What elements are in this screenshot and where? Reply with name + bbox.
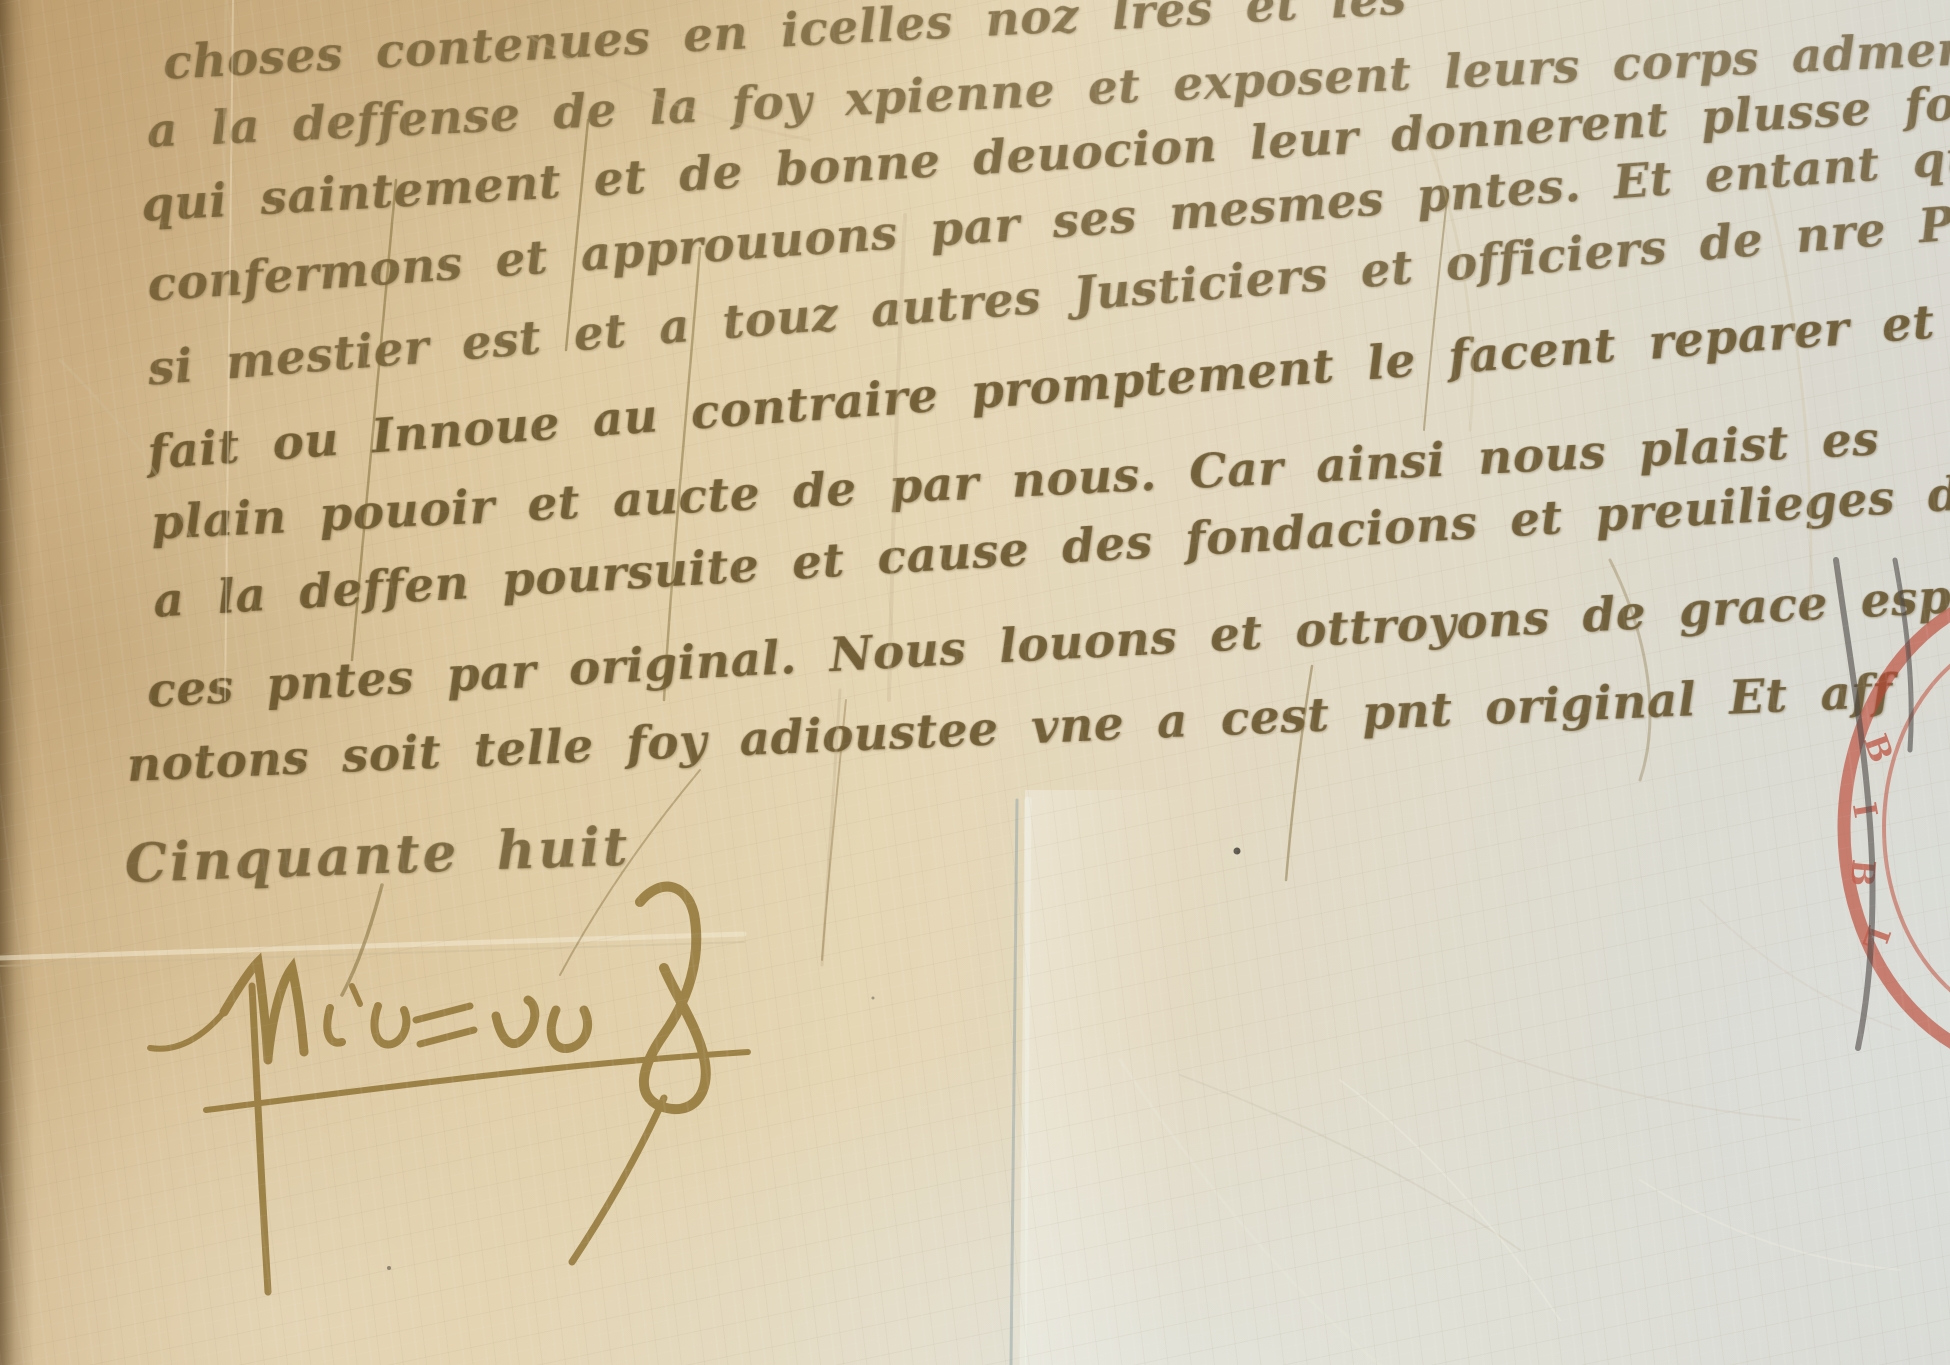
hairline-flourish [1610, 560, 1650, 780]
signature-stroke [420, 1030, 474, 1044]
signature-stroke [496, 1000, 535, 1044]
signature-stroke [150, 1012, 224, 1049]
signature-paraph [572, 1098, 664, 1262]
stamp-letter: B [1843, 858, 1883, 888]
crease [520, 30, 810, 140]
crease [1340, 1080, 1560, 1320]
ink-hairlines [342, 120, 1650, 995]
signature-stroke [551, 1010, 587, 1049]
ink-and-crease-overlay: B I B L [0, 0, 1950, 1365]
library-stamp: B I B L [1843, 588, 1950, 1068]
signature-stroke [268, 968, 304, 1058]
signature-paraph [640, 887, 706, 1110]
stamp-ring-outer [1844, 588, 1950, 1068]
ink-speck [387, 1266, 391, 1270]
crease [1766, 180, 1811, 620]
stamp-ring-inner [1884, 630, 1950, 1026]
crease [1023, 800, 1028, 1365]
signature-flourish [150, 887, 748, 1292]
parchment-photo: telles noz lettres choses contenues en i… [0, 0, 1950, 1365]
hairline-flourish [352, 180, 396, 660]
hairline-flourish [566, 120, 588, 350]
hairline-flourish [342, 885, 382, 995]
crease [889, 215, 905, 700]
signature-crossbar [206, 1052, 748, 1110]
ink-speck [872, 997, 875, 1000]
crease [1180, 1075, 1520, 1250]
crease [1120, 1060, 1380, 1365]
crease [1465, 1040, 1800, 1120]
crease [218, 0, 226, 700]
crease [1640, 1180, 1900, 1270]
signature-stroke [327, 1008, 342, 1043]
crease [1011, 800, 1017, 1365]
signature-stroke [224, 962, 268, 1060]
hairline-flourish [1424, 190, 1448, 430]
ink-speck [1234, 848, 1241, 855]
hairline-flourish [822, 700, 846, 960]
signature-stroke [352, 986, 360, 1004]
crease-lines [0, 0, 1900, 1365]
hairline-flourish [1286, 666, 1312, 880]
signature-stroke [374, 1006, 406, 1045]
signature-stroke [416, 1006, 470, 1020]
crease [60, 360, 200, 560]
hairline-flourish [664, 248, 700, 700]
ink-specks [387, 848, 1241, 1271]
stamp-letter: L [1855, 921, 1898, 955]
